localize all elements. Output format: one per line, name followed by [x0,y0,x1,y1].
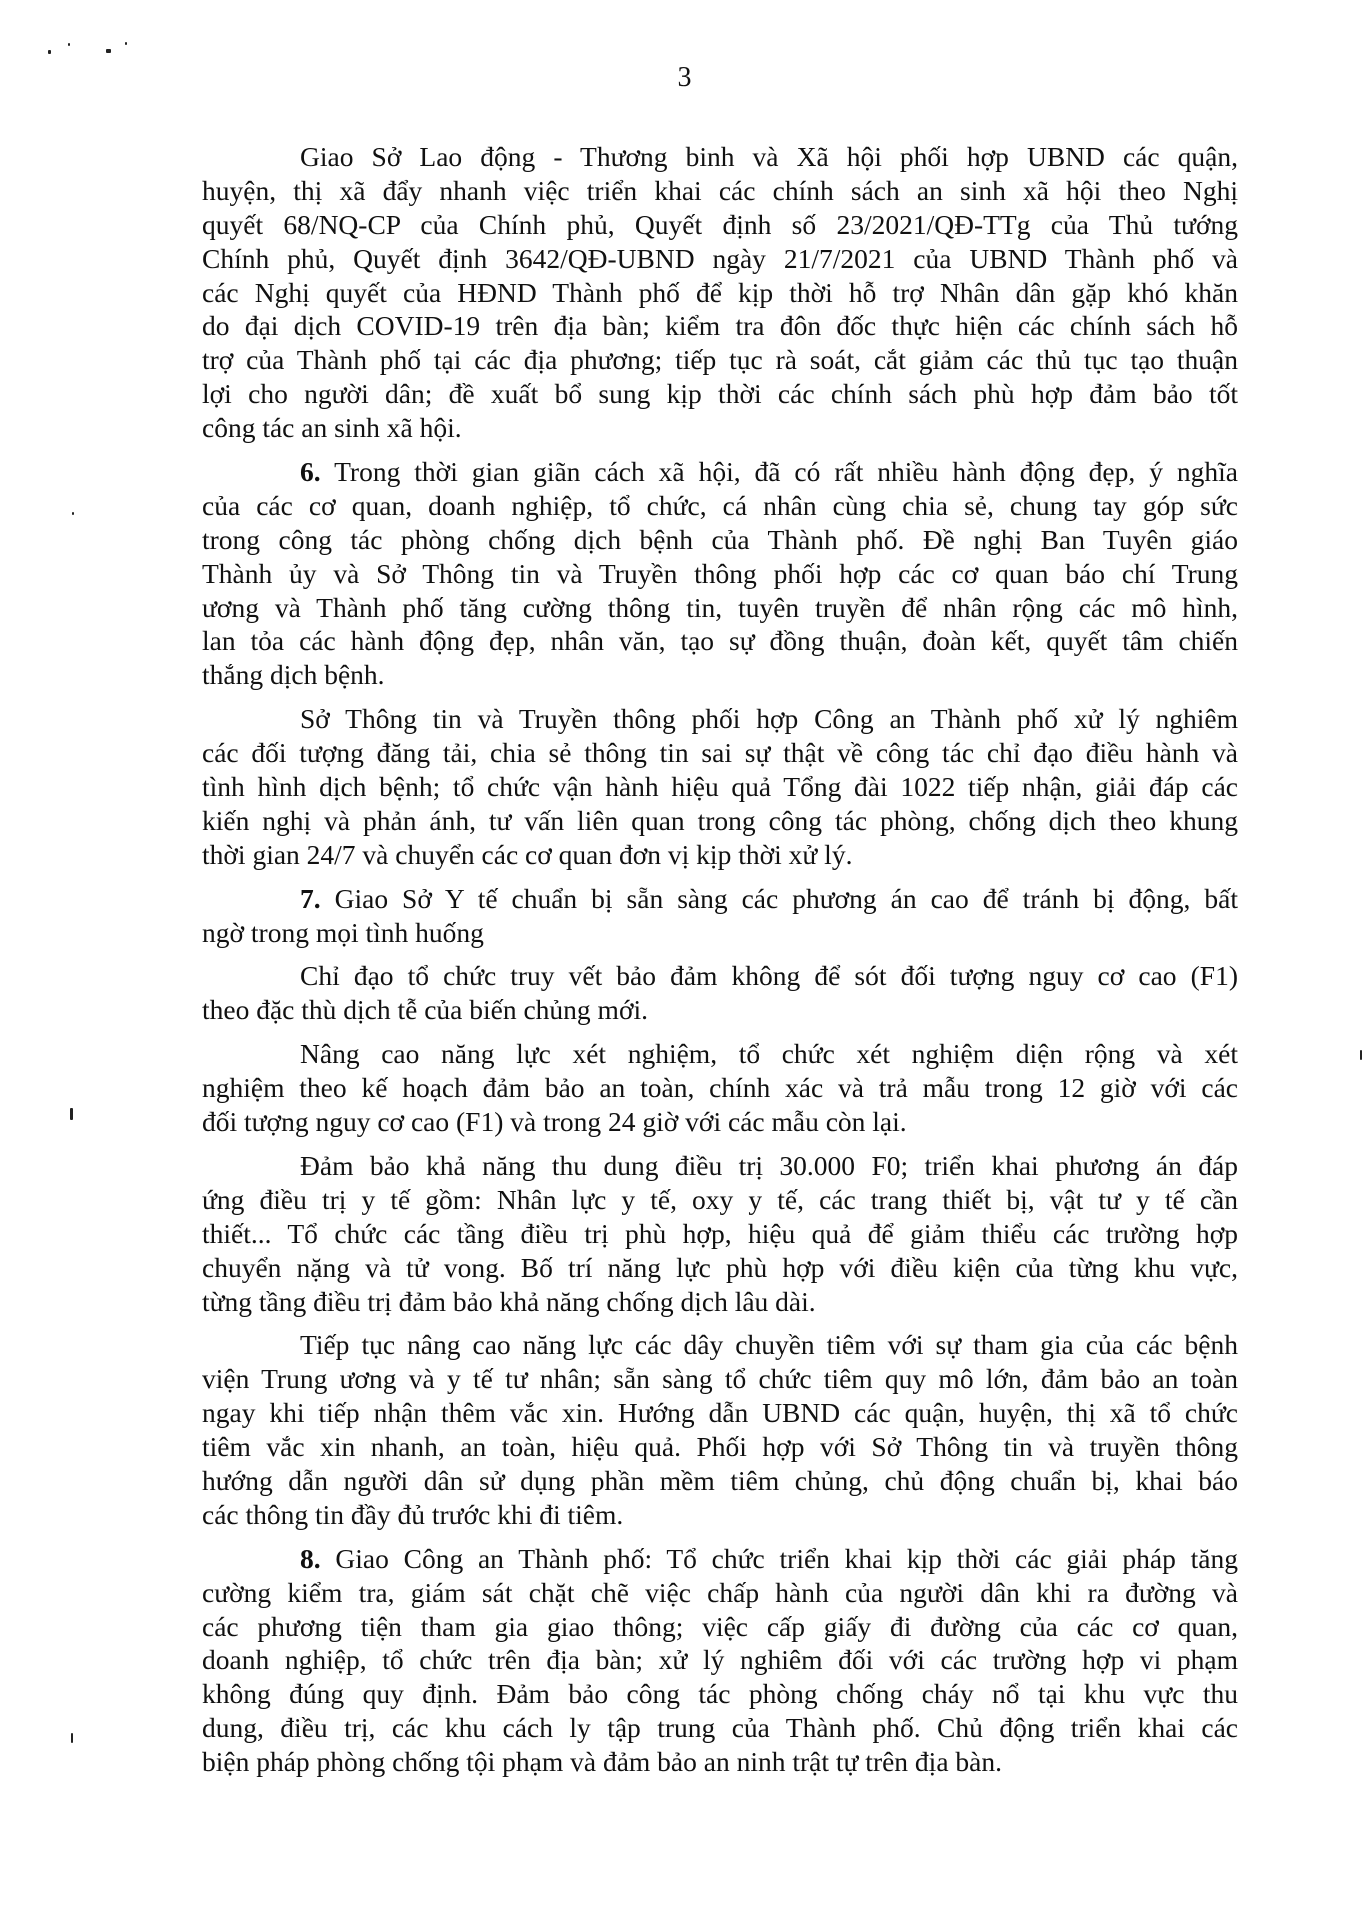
section-number: 7. [300,883,321,914]
text-line: ngay khi tiếp nhận thêm vắc xin. Hướng d… [202,1396,1238,1430]
paragraph-tracing: Chỉ đạo tổ chức truy vết bảo đảm không đ… [202,959,1238,1027]
text-line: cường kiểm tra, giám sát chặt chẽ việc c… [202,1576,1238,1610]
text-line: thiết... Tổ chức các tầng điều trị phù h… [202,1217,1238,1251]
scan-speck [48,50,51,54]
text-line: 8. Giao Công an Thành phố: Tổ chức triển… [202,1542,1238,1576]
section-number: 8. [300,1543,321,1574]
text-line: theo đặc thù dịch tễ của biến chủng mới. [202,993,1238,1027]
scan-speck [70,1108,73,1120]
text-line: thắng dịch bệnh. [202,658,1238,692]
page-number: 3 [0,62,1369,94]
text-line: dung, điều trị, các khu cách ly tập trun… [202,1711,1238,1745]
text-line: các Nghị quyết của HĐND Thành phố để kịp… [202,276,1238,310]
text-line-content: Giao Sở Y tế chuẩn bị sẵn sàng các phươn… [321,883,1238,914]
text-line: quyết 68/NQ-CP của Chính phủ, Quyết định… [202,208,1238,242]
scan-speck [106,49,111,53]
text-line: lan tỏa các hành động đẹp, nhân văn, tạo… [202,624,1238,658]
paragraph-8: 8. Giao Công an Thành phố: Tổ chức triển… [202,1542,1238,1779]
scan-speck [1360,1050,1362,1060]
paragraph-social-welfare: Giao Sở Lao động - Thương binh và Xã hội… [202,140,1238,445]
text-line: 6. Trong thời gian giãn cách xã hội, đã … [202,455,1238,489]
text-line: Thành ủy và Sở Thông tin và Truyền thông… [202,557,1238,591]
text-line: của các cơ quan, doanh nghiệp, tổ chức, … [202,489,1238,523]
text-line: Chính phủ, Quyết định 3642/QĐ-UBND ngày … [202,242,1238,276]
text-line: Đảm bảo khả năng thu dung điều trị 30.00… [202,1149,1238,1183]
text-line: các đối tượng đăng tải, chia sẻ thông ti… [202,736,1238,770]
text-line: trong công tác phòng chống dịch bệnh của… [202,523,1238,557]
text-line: kiến nghị và phản ánh, tư vấn liên quan … [202,804,1238,838]
scan-speck [72,512,74,515]
text-line: biện pháp phòng chống tội phạm và đảm bả… [202,1745,1238,1779]
text-line: viện Trung ương và y tế tư nhân; sẵn sàn… [202,1362,1238,1396]
text-line: các thông tin đầy đủ trước khi đi tiêm. [202,1498,1238,1532]
text-line: Sở Thông tin và Truyền thông phối hợp Cô… [202,702,1238,736]
text-line: Giao Sở Lao động - Thương binh và Xã hội… [202,140,1238,174]
text-line: doanh nghiệp, tổ chức trên địa bàn; xử l… [202,1643,1238,1677]
text-line-content: Giao Công an Thành phố: Tổ chức triển kh… [321,1543,1238,1574]
section-number: 6. [300,456,321,487]
text-line: thời gian 24/7 và chuyển các cơ quan đơn… [202,838,1238,872]
scan-speck [68,43,70,46]
paragraph-vaccination: Tiếp tục nâng cao năng lực các dây chuyề… [202,1328,1238,1531]
text-line: không đúng quy định. Đảm bảo công tác ph… [202,1677,1238,1711]
paragraph-information: Sở Thông tin và Truyền thông phối hợp Cô… [202,702,1238,871]
paragraph-testing: Nâng cao năng lực xét nghiệm, tổ chức xé… [202,1037,1238,1139]
text-line: do đại dịch COVID-19 trên địa bàn; kiểm … [202,309,1238,343]
text-line: huyện, thị xã đẩy nhanh việc triển khai … [202,174,1238,208]
text-line: từng tầng điều trị đảm bảo khả năng chốn… [202,1285,1238,1319]
document-page: 3 Giao Sở Lao động - Thương binh và Xã h… [0,0,1369,1920]
text-line: hướng dẫn người dân sử dụng phần mềm tiê… [202,1464,1238,1498]
text-line: ương và Thành phố tăng cường thông tin, … [202,591,1238,625]
paragraph-treatment: Đảm bảo khả năng thu dung điều trị 30.00… [202,1149,1238,1318]
text-line: công tác an sinh xã hội. [202,411,1238,445]
text-line: các phương tiện tham gia giao thông; việ… [202,1610,1238,1644]
document-body: Giao Sở Lao động - Thương binh và Xã hội… [202,140,1238,1789]
text-line: trợ của Thành phố tại các địa phương; ti… [202,343,1238,377]
text-line: Tiếp tục nâng cao năng lực các dây chuyề… [202,1328,1238,1362]
text-line: nghiệm theo kế hoạch đảm bảo an toàn, ch… [202,1071,1238,1105]
text-line: tình hình dịch bệnh; tổ chức vận hành hi… [202,770,1238,804]
text-line: Chỉ đạo tổ chức truy vết bảo đảm không đ… [202,959,1238,993]
text-line: tiêm vắc xin nhanh, an toàn, hiệu quả. P… [202,1430,1238,1464]
paragraph-7: 7. Giao Sở Y tế chuẩn bị sẵn sàng các ph… [202,882,1238,950]
text-line: chuyển nặng và tử vong. Bố trí năng lực … [202,1251,1238,1285]
text-line: 7. Giao Sở Y tế chuẩn bị sẵn sàng các ph… [202,882,1238,916]
text-line: ứng điều trị y tế gồm: Nhân lực y tế, ox… [202,1183,1238,1217]
scan-speck [125,42,127,45]
paragraph-6: 6. Trong thời gian giãn cách xã hội, đã … [202,455,1238,692]
text-line: ngờ trong mọi tình huống [202,916,1238,950]
text-line: lợi cho người dân; đề xuất bổ sung kịp t… [202,377,1238,411]
text-line: Nâng cao năng lực xét nghiệm, tổ chức xé… [202,1037,1238,1071]
text-line: đối tượng nguy cơ cao (F1) và trong 24 g… [202,1105,1238,1139]
scan-speck [71,1733,73,1743]
text-line-content: Trong thời gian giãn cách xã hội, đã có … [321,456,1238,487]
